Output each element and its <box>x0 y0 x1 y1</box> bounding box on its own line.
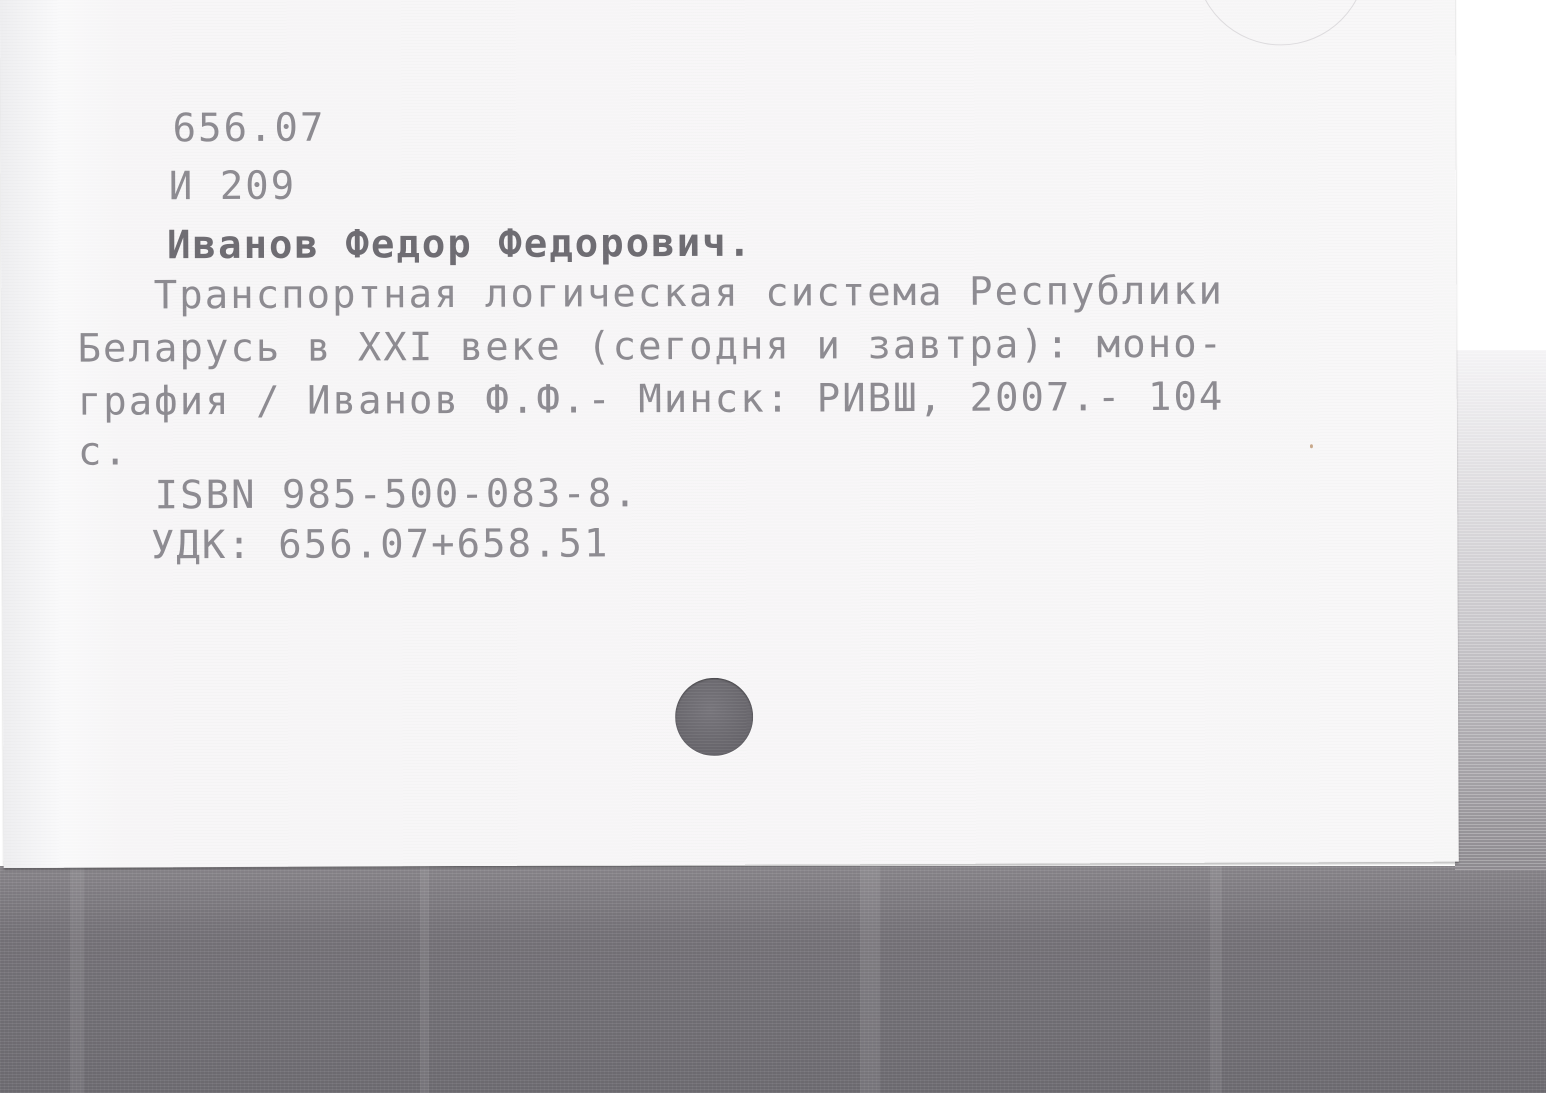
paper-speck <box>1310 444 1313 448</box>
scanner-streak <box>70 866 84 1093</box>
scanner-streak <box>860 866 880 1093</box>
description-line: графия / Иванов Ф.Ф.- Минск: РИВШ, 2007.… <box>78 373 1225 428</box>
embossed-curve-mark <box>1195 0 1367 46</box>
udc-code: УДК: 656.07+658.51 <box>74 519 609 571</box>
description-line: Беларусь в XXI веке (сегодня и завтра): … <box>77 320 1224 375</box>
card-edge-shadow <box>0 0 64 868</box>
classification-code: 656.07 <box>172 104 325 155</box>
scanned-image: 656.07 И 209 Иванов Федор Федорович. Тра… <box>0 0 1546 1093</box>
description-line: Транспортная логическая система Республи… <box>77 267 1224 322</box>
punch-hole <box>675 678 753 756</box>
scanner-streak <box>420 866 429 1093</box>
scanner-streak <box>1210 866 1222 1093</box>
catalog-card: 656.07 И 209 Иванов Федор Федорович. Тра… <box>0 0 1459 868</box>
scanner-background <box>0 866 1546 1093</box>
scanner-background-right <box>1455 350 1546 870</box>
author-mark: И 209 <box>169 162 297 213</box>
author-heading: Иванов Федор Федорович. <box>167 219 753 272</box>
description-line: с. <box>78 427 129 477</box>
isbn: ISBN 985-500-083-8. <box>78 469 639 521</box>
